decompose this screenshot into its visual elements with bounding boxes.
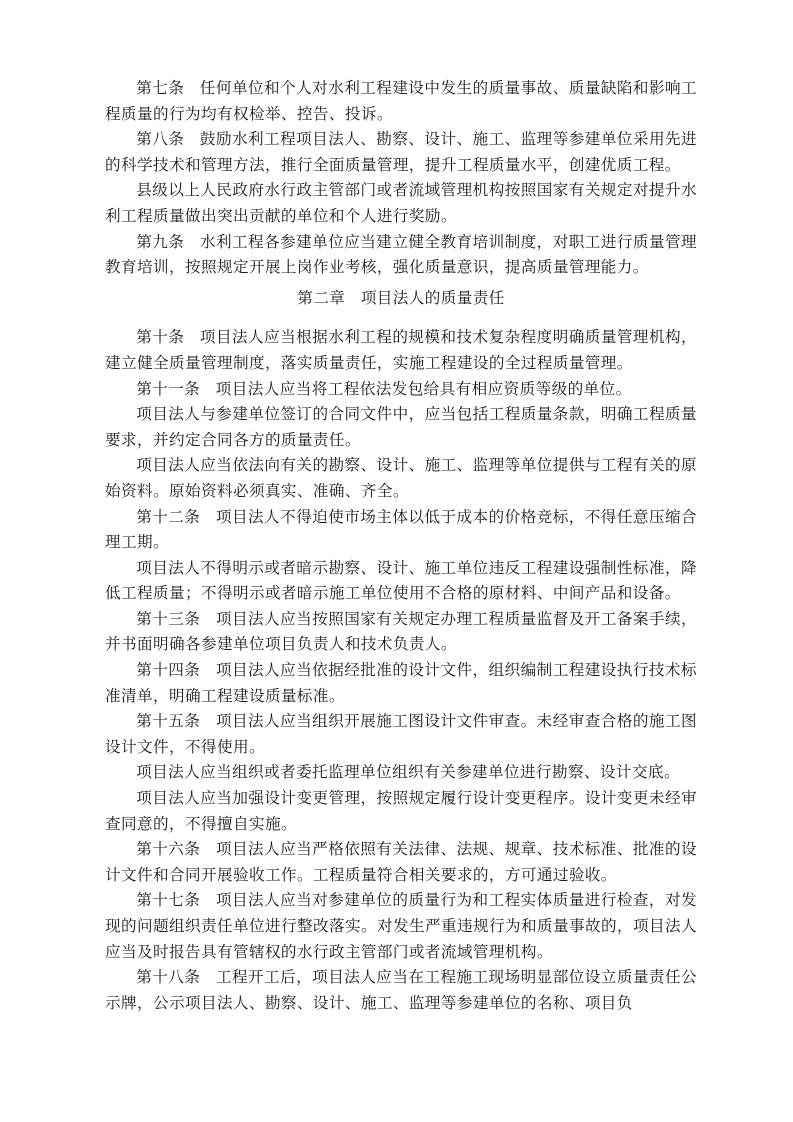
- article-number: 第九条: [136, 233, 184, 251]
- chapter-number: 第二章: [297, 289, 345, 307]
- article-11-paragraph-3: 项目法人应当依法向有关的勘察、设计、施工、监理等单位提供与工程有关的原始资料。原…: [105, 453, 697, 504]
- article-15: 第十五条项目法人应当组织开展施工图设计文件审查。未经审查合格的施工图设计文件，不…: [105, 709, 697, 760]
- chapter-heading: 第二章项目法人的质量责任: [105, 286, 697, 312]
- article-number: 第八条: [136, 130, 184, 148]
- paragraph-text: 项目法人不得明示或者暗示勘察、设计、施工单位违反工程建设强制性标准，降低工程质量…: [105, 559, 697, 603]
- article-text: 项目法人应当将工程依法发包给具有相应资质等级的单位。: [216, 380, 632, 398]
- article-number: 第十三条: [136, 610, 200, 628]
- article-text: 项目法人应当根据水利工程的规模和技术复杂程度明确质量管理机构，建立健全质量管理制…: [105, 328, 697, 372]
- article-number: 第十一条: [136, 380, 200, 398]
- article-17: 第十七条项目法人应当对参建单位的质量行为和工程实体质量进行检查，对发现的问题组织…: [105, 888, 697, 965]
- article-number: 第十七条: [136, 891, 200, 909]
- article-10: 第十条项目法人应当根据水利工程的规模和技术复杂程度明确质量管理机构，建立健全质量…: [105, 325, 697, 376]
- article-text: 鼓励水利工程项目法人、勘察、设计、施工、监理等参建单位采用先进的科学技术和管理方…: [105, 130, 697, 174]
- article-7: 第七条任何单位和个人对水利工程建设中发生的质量事故、质量缺陷和影响工程质量的行为…: [105, 76, 697, 127]
- paragraph-text: 项目法人应当组织或者委托监理单位组织有关参建单位进行勘察、设计交底。: [136, 763, 680, 781]
- chapter-title: 项目法人的质量责任: [361, 289, 505, 307]
- article-number: 第十二条: [136, 508, 200, 526]
- article-text: 水利工程各参建单位应当建立健全教育培训制度，对职工进行质量管理教育培训，按照规定…: [105, 233, 697, 277]
- article-16: 第十六条项目法人应当严格依照有关法律、法规、规章、技术标准、批准的设计文件和合同…: [105, 837, 697, 888]
- article-number: 第十四条: [136, 661, 200, 679]
- article-number: 第十八条: [136, 968, 200, 986]
- article-12-paragraph-2: 项目法人不得明示或者暗示勘察、设计、施工单位违反工程建设强制性标准，降低工程质量…: [105, 556, 697, 607]
- document-page: 第七条任何单位和个人对水利工程建设中发生的质量事故、质量缺陷和影响工程质量的行为…: [105, 76, 697, 1016]
- article-8-paragraph-2: 县级以上人民政府水行政主管部门或者流域管理机构按照国家有关规定对提升水利工程质量…: [105, 178, 697, 229]
- article-14: 第十四条项目法人应当依据经批准的设计文件，组织编制工程建设执行技术标准清单，明确…: [105, 658, 697, 709]
- article-13: 第十三条项目法人应当按照国家有关规定办理工程质量监督及开工备案手续，并书面明确各…: [105, 607, 697, 658]
- article-11-paragraph-2: 项目法人与参建单位签订的合同文件中，应当包括工程质量条款，明确工程质量要求，并约…: [105, 402, 697, 453]
- paragraph-text: 项目法人应当加强设计变更管理，按照规定履行设计变更程序。设计变更未经审查同意的，…: [105, 789, 697, 833]
- article-number: 第十五条: [136, 712, 200, 730]
- article-18: 第十八条工程开工后，项目法人应当在工程施工现场明显部位设立质量责任公示牌，公示项…: [105, 965, 697, 1016]
- paragraph-text: 项目法人应当依法向有关的勘察、设计、施工、监理等单位提供与工程有关的原始资料。原…: [105, 456, 697, 500]
- article-number: 第十条: [136, 328, 184, 346]
- article-9: 第九条水利工程各参建单位应当建立健全教育培训制度，对职工进行质量管理教育培训，按…: [105, 230, 697, 281]
- paragraph-text: 项目法人与参建单位签订的合同文件中，应当包括工程质量条款，明确工程质量要求，并约…: [105, 405, 697, 449]
- article-8: 第八条鼓励水利工程项目法人、勘察、设计、施工、监理等参建单位采用先进的科学技术和…: [105, 127, 697, 178]
- article-11: 第十一条项目法人应当将工程依法发包给具有相应资质等级的单位。: [105, 377, 697, 403]
- article-15-paragraph-2: 项目法人应当组织或者委托监理单位组织有关参建单位进行勘察、设计交底。: [105, 760, 697, 786]
- article-number: 第七条: [136, 79, 184, 97]
- article-15-paragraph-3: 项目法人应当加强设计变更管理，按照规定履行设计变更程序。设计变更未经审查同意的，…: [105, 786, 697, 837]
- article-number: 第十六条: [136, 840, 200, 858]
- article-text: 任何单位和个人对水利工程建设中发生的质量事故、质量缺陷和影响工程质量的行为均有权…: [105, 79, 697, 123]
- paragraph-text: 县级以上人民政府水行政主管部门或者流域管理机构按照国家有关规定对提升水利工程质量…: [105, 181, 697, 225]
- article-12: 第十二条项目法人不得迫使市场主体以低于成本的价格竞标，不得任意压缩合理工期。: [105, 505, 697, 556]
